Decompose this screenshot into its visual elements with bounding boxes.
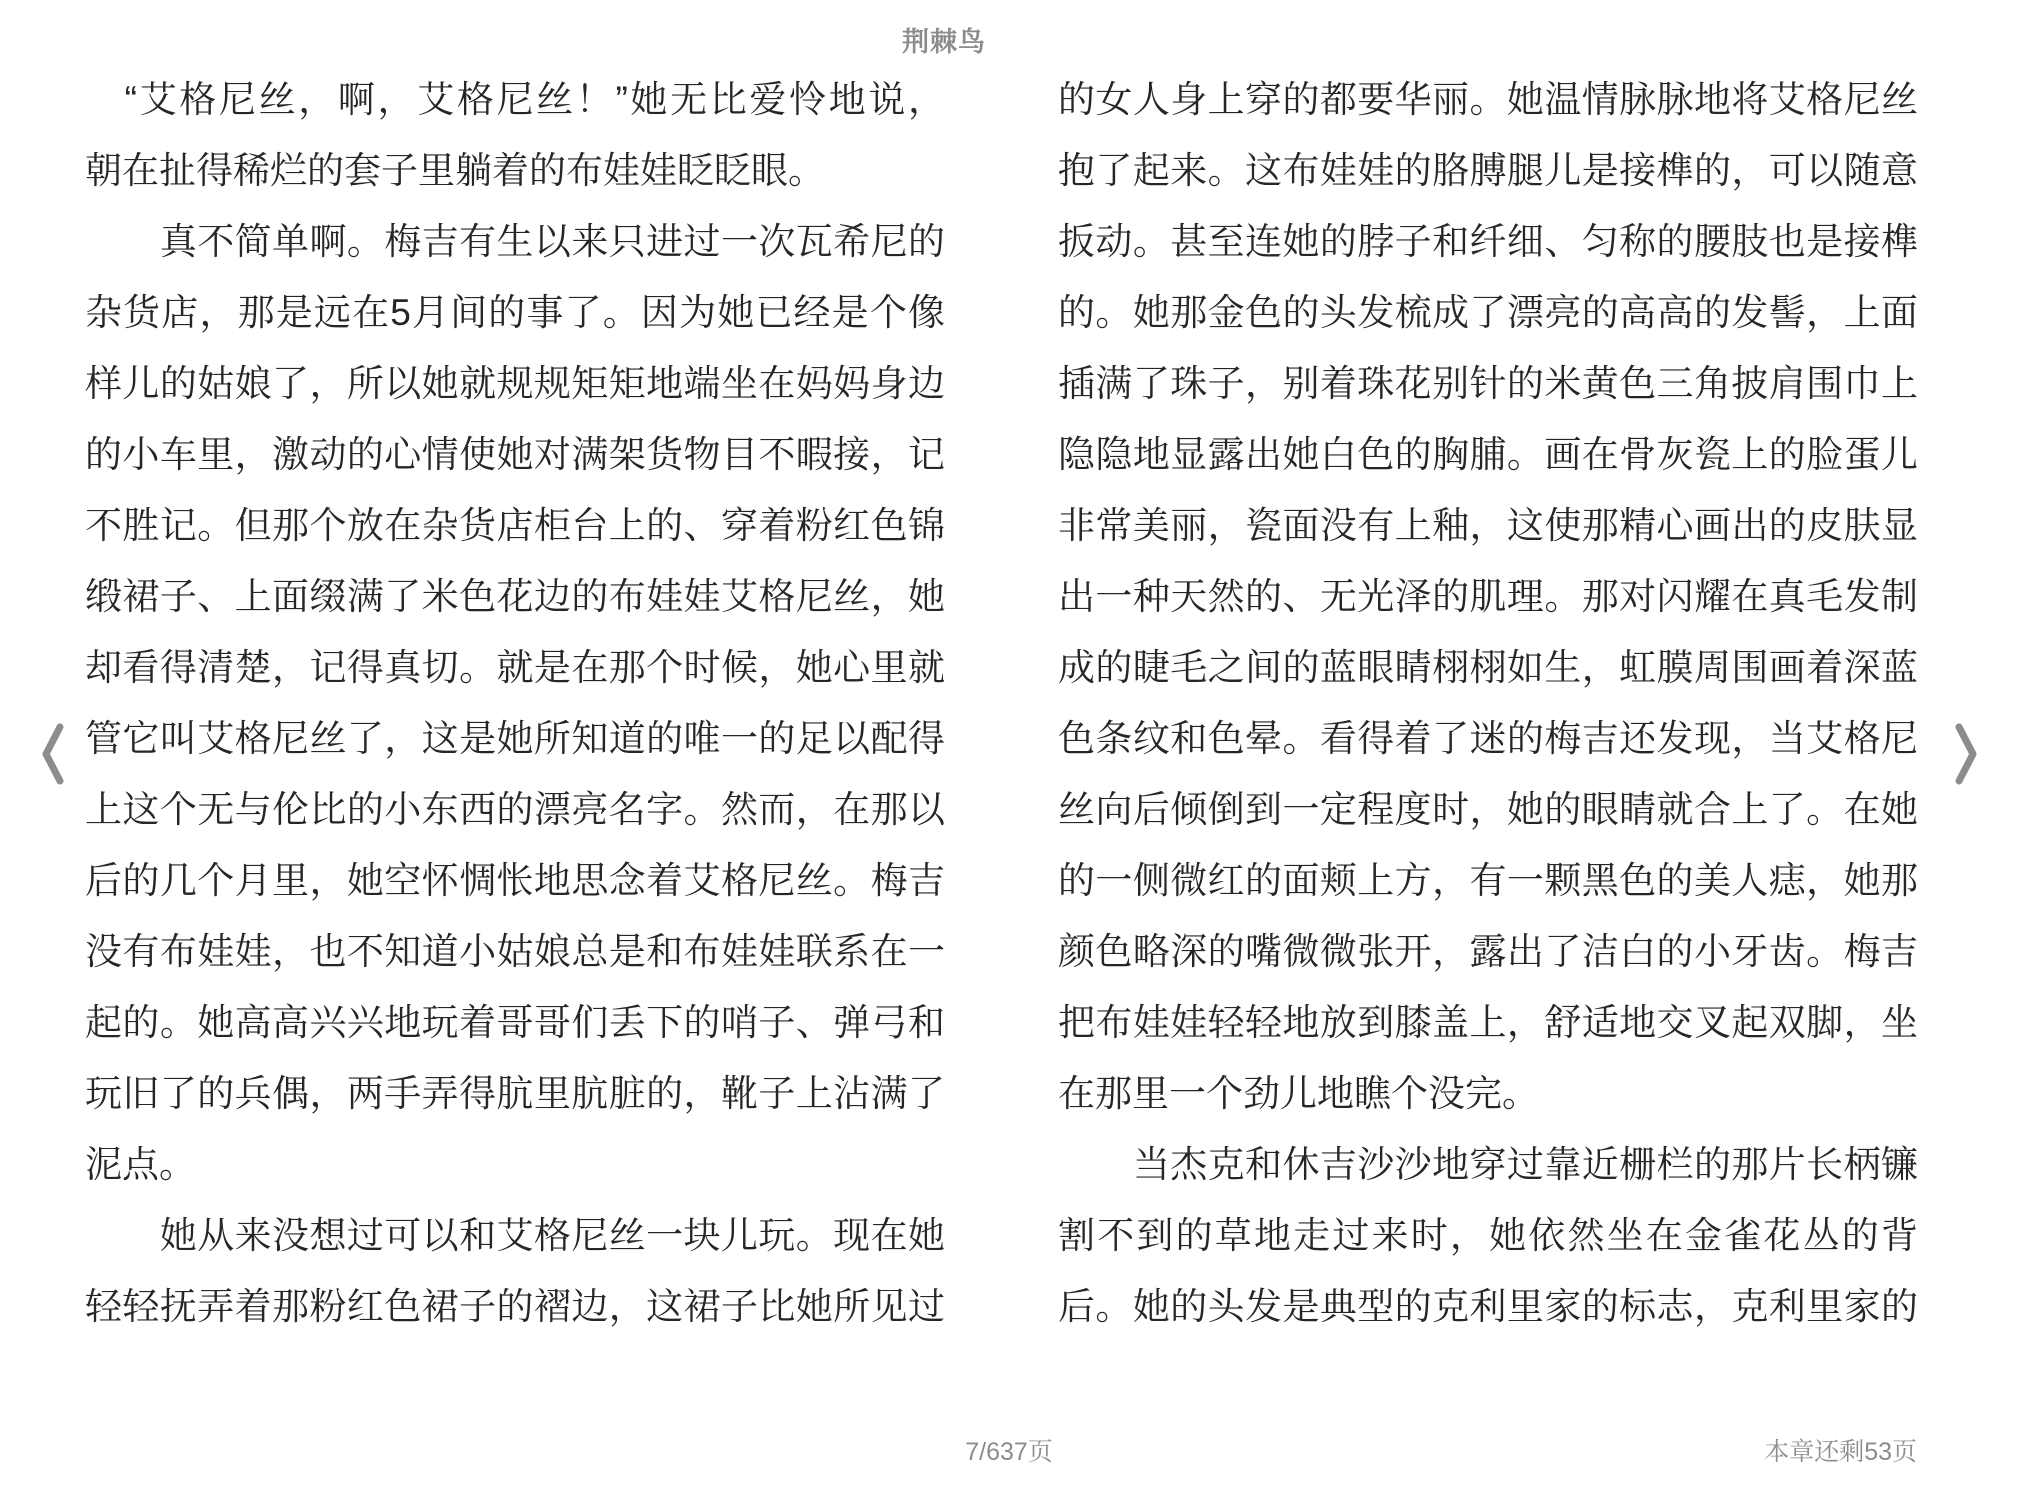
text-line: 抱了起来。这布娃娃的胳膊腿儿是接榫的，可以随意 — [1058, 135, 1918, 206]
text-line: 后。她的头发是典型的克利里家的标志，克利里家的 — [1058, 1271, 1918, 1342]
text-line: 当杰克和休吉沙沙地穿过靠近栅栏的那片长柄镰 — [1058, 1129, 1918, 1200]
text-line: 杂货店，那是远在5月间的事了。因为她已经是个像 — [85, 277, 945, 348]
text-line: 她从来没想过可以和艾格尼丝一块儿玩。现在她 — [85, 1200, 945, 1271]
chevron-left-icon — [39, 722, 67, 786]
text-line: 真不简单啊。梅吉有生以来只进过一次瓦希尼的 — [85, 206, 945, 277]
chapter-remaining: 本章还剩53页 — [1764, 1432, 1917, 1468]
prev-page-button[interactable] — [33, 718, 73, 790]
text-line: 起的。她高高兴兴地玩着哥哥们丢下的哨子、弹弓和 — [85, 987, 945, 1058]
text-line: 管它叫艾格尼丝了，这是她所知道的唯一的足以配得 — [85, 703, 945, 774]
text-line: 样儿的姑娘了，所以她就规规矩矩地端坐在妈妈身边 — [85, 348, 945, 419]
text-line: 隐隐地显露出她白色的胸脯。画在骨灰瓷上的脸蛋儿 — [1058, 419, 1918, 490]
text-line: 后的几个月里，她空怀惆怅地思念着艾格尼丝。梅吉 — [85, 845, 945, 916]
text-line: 的小车里，激动的心情使她对满架货物目不暇接，记 — [85, 419, 945, 490]
text-line: 插满了珠子，别着珠花别针的米黄色三角披肩围巾上 — [1058, 348, 1918, 419]
book-title: 荆棘鸟 — [902, 20, 986, 59]
text-line: 成的睫毛之间的蓝眼睛栩栩如生，虹膜周围画着深蓝 — [1058, 632, 1918, 703]
text-line: 非常美丽，瓷面没有上釉，这使那精心画出的皮肤显 — [1058, 490, 1918, 561]
text-line: 的一侧微红的面颊上方，有一颗黑色的美人痣，她那 — [1058, 845, 1918, 916]
text-line: 轻轻抚弄着那粉红色裙子的褶边，这裙子比她所见过 — [85, 1271, 945, 1342]
text-line: 色条纹和色晕。看得着了迷的梅吉还发现，当艾格尼 — [1058, 703, 1918, 774]
text-line: 出一种天然的、无光泽的肌理。那对闪耀在真毛发制 — [1058, 561, 1918, 632]
text-line: 割不到的草地走过来时，她依然坐在金雀花丛的背 — [1058, 1200, 1918, 1271]
text-line: 颜色略深的嘴微微张开，露出了洁白的小牙齿。梅吉 — [1058, 916, 1918, 987]
text-column-left: “艾格尼丝，啊，艾格尼丝！”她无比爱怜地说，朝在扯得稀烂的套子里躺着的布娃娃眨眨… — [85, 64, 945, 1342]
text-line: 的女人身上穿的都要华丽。她温情脉脉地将艾格尼丝 — [1058, 64, 1918, 135]
text-line: 在那里一个劲儿地瞧个没完。 — [1058, 1058, 1918, 1129]
text-line: 泥点。 — [85, 1129, 945, 1200]
chevron-right-icon — [1952, 722, 1980, 786]
text-line: “艾格尼丝，啊，艾格尼丝！”她无比爱怜地说， — [85, 64, 945, 135]
text-line: 把布娃娃轻轻地放到膝盖上，舒适地交叉起双脚，坐 — [1058, 987, 1918, 1058]
text-line: 的。她那金色的头发梳成了漂亮的高高的发髻，上面 — [1058, 277, 1918, 348]
text-line: 玩旧了的兵偶，两手弄得肮里肮脏的，靴子上沾满了 — [85, 1058, 945, 1129]
text-line: 朝在扯得稀烂的套子里躺着的布娃娃眨眨眼。 — [85, 135, 945, 206]
text-line: 不胜记。但那个放在杂货店柜台上的、穿着粉红色锦 — [85, 490, 945, 561]
text-line: 却看得清楚，记得真切。就是在那个时候，她心里就 — [85, 632, 945, 703]
text-line: 扳动。甚至连她的脖子和纤细、匀称的腰肢也是接榫 — [1058, 206, 1918, 277]
ebook-reader-page: { "header": { "book_title": "荆棘鸟" }, "na… — [0, 0, 2018, 1496]
text-line: 上这个无与伦比的小东西的漂亮名字。然而，在那以 — [85, 774, 945, 845]
next-page-button[interactable] — [1946, 718, 1986, 790]
text-line: 缎裙子、上面缀满了米色花边的布娃娃艾格尼丝，她 — [85, 561, 945, 632]
text-line: 丝向后倾倒到一定程度时，她的眼睛就合上了。在她 — [1058, 774, 1918, 845]
text-line: 没有布娃娃，也不知道小姑娘总是和布娃娃联系在一 — [85, 916, 945, 987]
page-indicator: 7/637页 — [0, 1432, 2018, 1468]
text-column-right: 的女人身上穿的都要华丽。她温情脉脉地将艾格尼丝抱了起来。这布娃娃的胳膊腿儿是接榫… — [1058, 64, 1918, 1342]
